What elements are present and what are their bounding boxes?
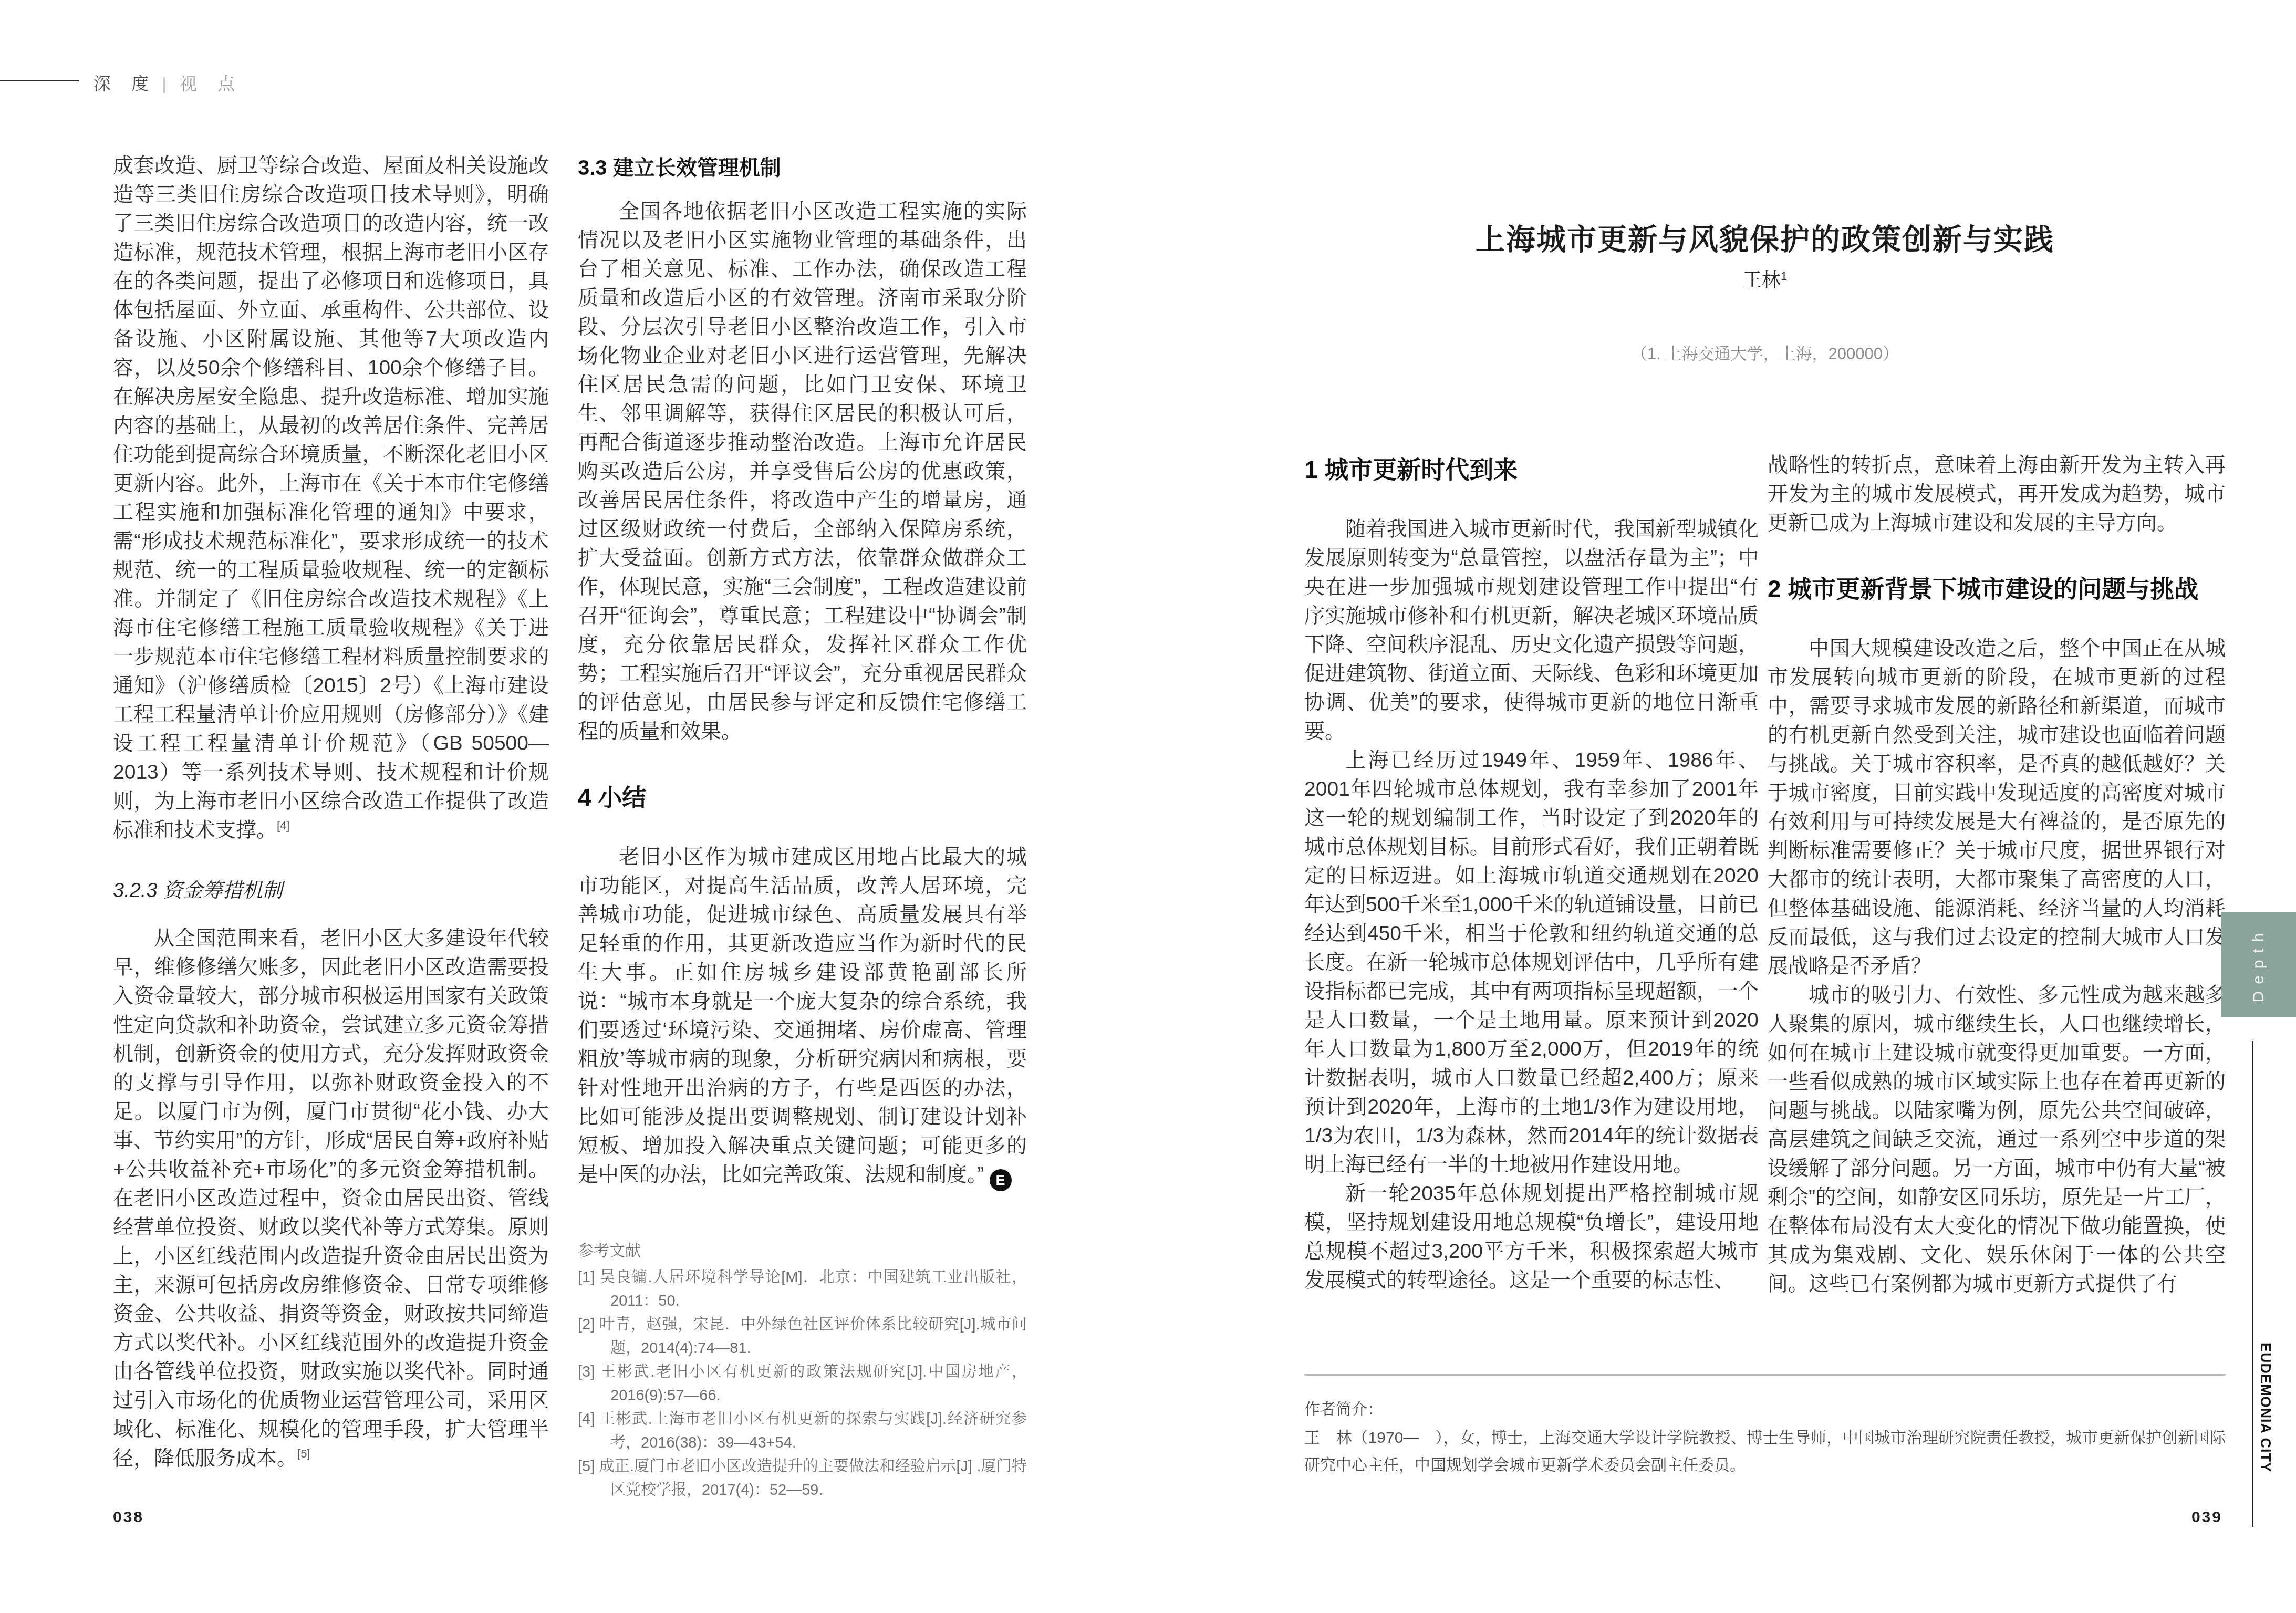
funding-paragraph: 从全国范围来看，老旧小区大多建设年代较早，维修修缮欠账多，因此老旧小区改造需要投… (113, 924, 549, 1473)
era-paragraph: 随着我国进入城市更新时代，我国新型城镇化发展原则转变为“总量管控，以盘活存量为主… (1304, 515, 1759, 746)
header-section-label: 深 度 (93, 74, 157, 93)
section-heading-1: 1 城市更新时代到来 (1304, 451, 1759, 485)
left-column-2: 3.3 建立长效管理机制 全国各地依据老旧小区改造工程实施的实际情况以及老旧小区… (578, 151, 1027, 1502)
header-divider: | (162, 74, 174, 93)
reference-item: [5] 成正.厦门市老旧小区改造提升的主要做法和经验启示[J] .厦门特区党校学… (578, 1455, 1027, 1502)
summary-paragraph: 老旧小区作为城市建成区用地占比最大的城市功能区，对提高生活品质，改善人居环境，完… (578, 842, 1027, 1191)
page-header: 深 度|视 点 (93, 70, 243, 95)
article-end-mark: E (990, 1169, 1012, 1191)
reference-item: [3] 王彬武.老旧小区有机更新的政策法规研究[J].中国房地产，2016(9)… (578, 1360, 1027, 1408)
right-column-1: 1 城市更新时代到来 随着我国进入城市更新时代，我国新型城镇化发展原则转变为“总… (1304, 451, 1759, 1295)
article-title: 上海城市更新与风貌保护的政策创新与实践 (1304, 216, 2226, 258)
article-author: 王林1 (1304, 266, 2226, 293)
bio-divider (1304, 1374, 2226, 1376)
attraction-paragraph: 城市的吸引力、有效性、多元性成为越来越多人聚集的原因，城市继续生长，人口也继续增… (1768, 981, 2226, 1298)
page-number-left: 038 (113, 1508, 144, 1526)
side-vertical-rule (2252, 1041, 2253, 1527)
author-bio: 作者简介： 王 林（1970— ），女，博士，上海交通大学设计学院教授、博士生导… (1304, 1396, 2226, 1479)
header-rule (0, 80, 79, 81)
footnote-ref-5: [5] (297, 1447, 310, 1460)
magazine-name: EUDEMONIA CITY (2257, 1343, 2273, 1563)
page-number-right: 039 (2191, 1508, 2222, 1526)
funding-paragraph-text: 从全国范围来看，老旧小区大多建设年代较早，维修修缮欠账多，因此老旧小区改造需要投… (113, 927, 549, 1470)
masterplan-paragraph: 上海已经历过1949年、1959年、1986年、2001年四轮城市总体规划，我有… (1304, 746, 1759, 1179)
author-affiliation: （1. 上海交通大学，上海，200000） (1304, 340, 2226, 364)
management-paragraph: 全国各地依据老旧小区改造工程实施的实际情况以及老旧小区实施物业管理的基础条件，出… (578, 197, 1027, 746)
continued-paragraph-text: 成套改造、厨卫等综合改造、屋面及相关设施改造等三类旧住房综合改造项目技术导则》，… (113, 154, 549, 841)
references-title: 参考文献 (578, 1240, 1027, 1263)
depth-tab-label: Depth (2250, 926, 2268, 1002)
turning-point-paragraph: 战略性的转折点，意味着上海由新开发为主转入再开发为主的城市发展模式，再开发成为趋… (1768, 451, 2226, 537)
references: 参考文献 [1] 吴良镛.人居环境科学导论[M]．北京：中国建筑工业出版社，20… (578, 1240, 1027, 1502)
summary-paragraph-text: 老旧小区作为城市建成区用地占比最大的城市功能区，对提高生活品质，改善人居环境，完… (578, 846, 1027, 1186)
right-column-2: 战略性的转折点，意味着上海由新开发为主转入再开发为主的城市发展模式，再开发成为趋… (1768, 451, 2226, 1298)
section-heading-33: 3.3 建立长效管理机制 (578, 151, 1027, 181)
magazine-spread: 深 度|视 点 成套改造、厨卫等综合改造、屋面及相关设施改造等三类旧住房综合改造… (0, 0, 2296, 1613)
bio-text: 王 林（1970— ），女，博士，上海交通大学设计学院教授、博士生导师，中国城市… (1304, 1424, 2226, 1479)
bio-label: 作者简介： (1304, 1396, 2226, 1423)
section-heading-323: 3.2.3 资金筹措机制 (113, 874, 549, 903)
challenges-paragraph: 中国大规模建设改造之后，整个中国正在从城市发展转向城市更新的阶段，在城市更新的过… (1768, 634, 2226, 981)
plan-2035-paragraph: 新一轮2035年总体规划提出严格控制城市规模，坚持规划建设用地总规模“负增长”，… (1304, 1179, 1759, 1295)
depth-section-tab: Depth (2221, 912, 2296, 1017)
reference-item: [2] 叶青，赵强，宋昆．中外绿色社区评价体系比较研究[J].城市问题，2014… (578, 1313, 1027, 1360)
left-column-1: 成套改造、厨卫等综合改造、屋面及相关设施改造等三类旧住房综合改造项目技术导则》，… (113, 151, 549, 1473)
author-name: 王林 (1743, 269, 1781, 291)
section-heading-4: 4 小结 (578, 778, 1027, 813)
section-heading-2: 2 城市更新背景下城市建设的问题与挑战 (1768, 570, 2226, 605)
reference-item: [1] 吴良镛.人居环境科学导论[M]．北京：中国建筑工业出版社，2011：50… (578, 1266, 1027, 1313)
header-subsection-label: 视 点 (180, 74, 243, 93)
reference-item: [4] 王彬武.上海市老旧小区有机更新的探索与实践[J].经济研究参考，2016… (578, 1408, 1027, 1455)
footnote-ref-4: [4] (277, 819, 289, 832)
author-affiliation-mark: 1 (1781, 269, 1787, 283)
continued-paragraph: 成套改造、厨卫等综合改造、屋面及相关设施改造等三类旧住房综合改造项目技术导则》，… (113, 151, 549, 845)
